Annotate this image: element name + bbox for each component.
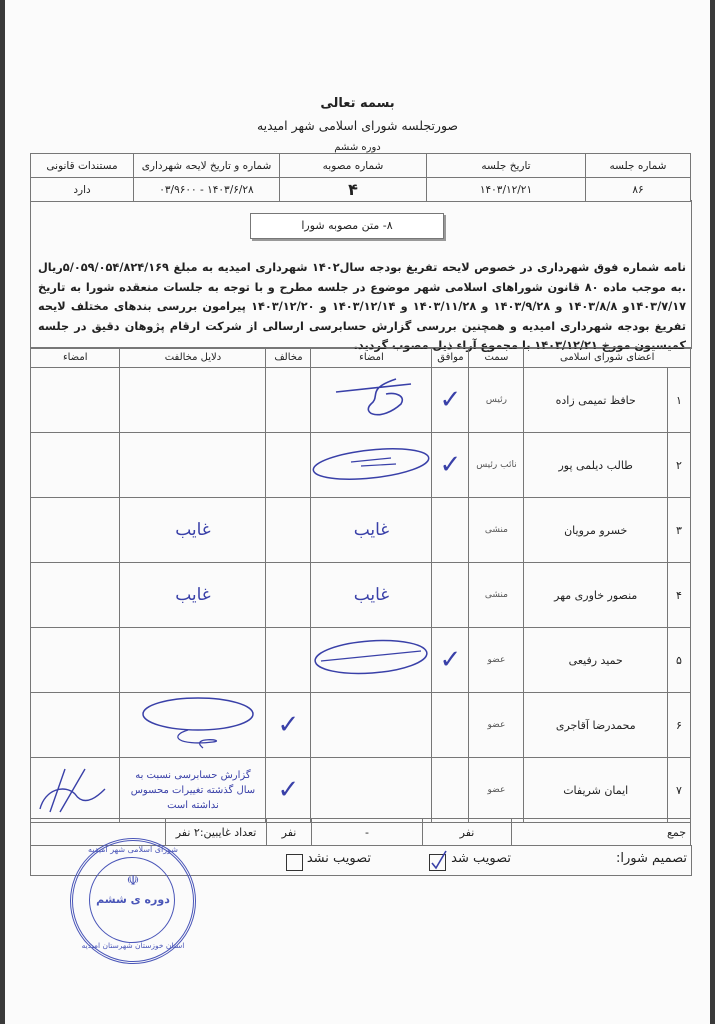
meta-header-row: شماره جلسه تاریخ جلسه شماره مصوبه شماره … (31, 154, 691, 178)
member-name: خسرو مرویان (524, 498, 668, 563)
decision-label: تصمیم شورا: (616, 851, 687, 866)
member-role: رئیس (469, 368, 524, 433)
agree-check: ✓ (432, 368, 469, 433)
oppose-cell (266, 433, 311, 498)
oppose-reason (120, 628, 266, 693)
oppose-signature (120, 693, 266, 758)
member-role: منشی (469, 498, 524, 563)
agree-check (432, 498, 469, 563)
signature-cell (311, 368, 432, 433)
members-header-row: اعضای شورای اسلامی سمت موافق امضاء مخالف… (31, 348, 691, 368)
signature-cell-2 (31, 368, 120, 433)
members-table: اعضای شورای اسلامی سمت موافق امضاء مخالف… (30, 347, 691, 823)
rejected-checkbox[interactable] (286, 854, 303, 871)
agree-check: ✓ (432, 628, 469, 693)
approved-label: تصویب شد (451, 851, 511, 866)
absent-mark: غایب (120, 498, 266, 563)
member-number: ۲ (668, 433, 691, 498)
header-signature: امضاء (311, 348, 432, 368)
signature-cell (311, 693, 432, 758)
meta-value-row: ۸۶ ۱۴۰۳/۱۲/۲۱ ۴ ۱۴۰۳/۶/۲۸ - ۰۳/۹۶۰۰ دارد (31, 178, 691, 202)
agree-total: نفر (423, 819, 512, 846)
agree-check (432, 563, 469, 628)
totals-label: جمع (512, 819, 691, 846)
absent-total: تعداد غایبین:۲ نفر (166, 819, 267, 846)
rejected-label: تصویب نشد (307, 851, 371, 866)
member-row: ۵ حمید رفیعی عضو ✓ (31, 628, 691, 693)
header-legal-basis: مستندات قانونی (31, 154, 134, 178)
member-row: ۶ محمدرضا آقاجری عضو ✓ (31, 693, 691, 758)
member-number: ۳ (668, 498, 691, 563)
signature-cell-2 (31, 433, 120, 498)
header-oppose: مخالف (266, 348, 311, 368)
signature-cell-2 (31, 758, 120, 823)
member-name: محمدرضا آقاجری (524, 693, 668, 758)
signature-icon (35, 764, 115, 814)
signature-cell-2 (31, 693, 120, 758)
signature-cell (311, 758, 432, 823)
resolution-text: نامه شماره فوق شهرداری در خصوص لایحه تفر… (38, 258, 686, 356)
totals-dash: - (312, 819, 423, 846)
signature-icon (311, 444, 431, 484)
oppose-reason: گزارش حسابرسی نسبت به سال گذشته تغییرات … (120, 758, 266, 823)
member-name: حمید رفیعی (524, 628, 668, 693)
bill-number-date: ۱۴۰۳/۶/۲۸ - ۰۳/۹۶۰۰ (134, 178, 280, 202)
member-row: ۳ خسرو مرویان منشی غایب غایب (31, 498, 691, 563)
header-session-number: شماره جلسه (586, 154, 691, 178)
signature-cell-2 (31, 563, 120, 628)
header-role: سمت (469, 348, 524, 368)
legal-basis: دارد (31, 178, 134, 202)
stamp-bottom-text: استان خوزستان شهرستان امیدیه (73, 941, 193, 950)
agree-check (432, 758, 469, 823)
oppose-reason (120, 433, 266, 498)
signature-cell (311, 433, 432, 498)
member-row: ۲ طالب دیلمی پور نائب رئیس ✓ (31, 433, 691, 498)
member-role: عضو (469, 758, 524, 823)
member-role: عضو (469, 628, 524, 693)
agree-check: ✓ (432, 433, 469, 498)
oppose-cell (266, 368, 311, 433)
member-number: ۶ (668, 693, 691, 758)
document-title: صورتجلسه شورای اسلامی شهر امیدیه (0, 118, 715, 133)
member-role: نائب رئیس (469, 433, 524, 498)
oppose-check: ✓ (266, 758, 311, 823)
scan-edge-left (0, 0, 5, 1024)
member-number: ۱ (668, 368, 691, 433)
member-row: ۱ حافظ تمیمی زاده رئیس ✓ (31, 368, 691, 433)
member-number: ۷ (668, 758, 691, 823)
signature-cell-2 (31, 628, 120, 693)
signature-cell (311, 628, 432, 693)
stamp-center-text: دوره ی ششم (73, 893, 193, 906)
meta-table: شماره جلسه تاریخ جلسه شماره مصوبه شماره … (30, 153, 691, 202)
resolution-section-title: ۸- متن مصوبه شورا (250, 213, 444, 239)
signature-icon (311, 637, 431, 681)
member-name: منصور خاوری مهر (524, 563, 668, 628)
term-label: دوره ششم (0, 142, 715, 153)
oppose-cell (266, 498, 311, 563)
member-number: ۴ (668, 563, 691, 628)
member-row: ۴ منصور خاوری مهر منشی غایب غایب (31, 563, 691, 628)
oppose-reason (120, 368, 266, 433)
session-date: ۱۴۰۳/۱۲/۲۱ (427, 178, 586, 202)
oppose-cell (266, 563, 311, 628)
header-bill-number-date: شماره و تاریخ لایحه شهرداری (134, 154, 280, 178)
oppose-check: ✓ (266, 693, 311, 758)
emblem-icon: ☫ (73, 873, 193, 889)
stamp-top-text: شورای اسلامی شهر امیدیه (73, 845, 193, 854)
signature-cell-2 (31, 498, 120, 563)
checkmark-icon (430, 855, 445, 870)
header-signature-2: امضاء (31, 348, 120, 368)
member-name: طالب دیلمی پور (524, 433, 668, 498)
member-role: منشی (469, 563, 524, 628)
absent-mark: غایب (311, 498, 432, 563)
signature-icon (326, 374, 416, 424)
header-agree: موافق (432, 348, 469, 368)
scan-edge-right (710, 0, 715, 1024)
member-name: ایمان شریفات (524, 758, 668, 823)
signature-icon (128, 696, 258, 752)
bismillah-heading: بسمه تعالی (0, 96, 715, 111)
member-name: حافظ تمیمی زاده (524, 368, 668, 433)
session-number: ۸۶ (586, 178, 691, 202)
oppose-total: نفر (267, 819, 312, 846)
member-row: ۷ ایمان شریفات عضو ✓ گزارش حسابرسی نسبت … (31, 758, 691, 823)
member-number: ۵ (668, 628, 691, 693)
oppose-cell (266, 628, 311, 693)
member-role: عضو (469, 693, 524, 758)
header-session-date: تاریخ جلسه (427, 154, 586, 178)
header-oppose-reasons: دلایل مخالفت (120, 348, 266, 368)
council-stamp: شورای اسلامی شهر امیدیه دوره ی ششم استان… (70, 838, 196, 964)
absent-mark: غایب (120, 563, 266, 628)
header-members: اعضای شورای اسلامی (524, 348, 691, 368)
header-resolution-number: شماره مصوبه (280, 154, 427, 178)
absent-mark: غایب (311, 563, 432, 628)
approved-checkbox[interactable] (429, 854, 446, 871)
resolution-number: ۴ (280, 178, 427, 202)
agree-check (432, 693, 469, 758)
